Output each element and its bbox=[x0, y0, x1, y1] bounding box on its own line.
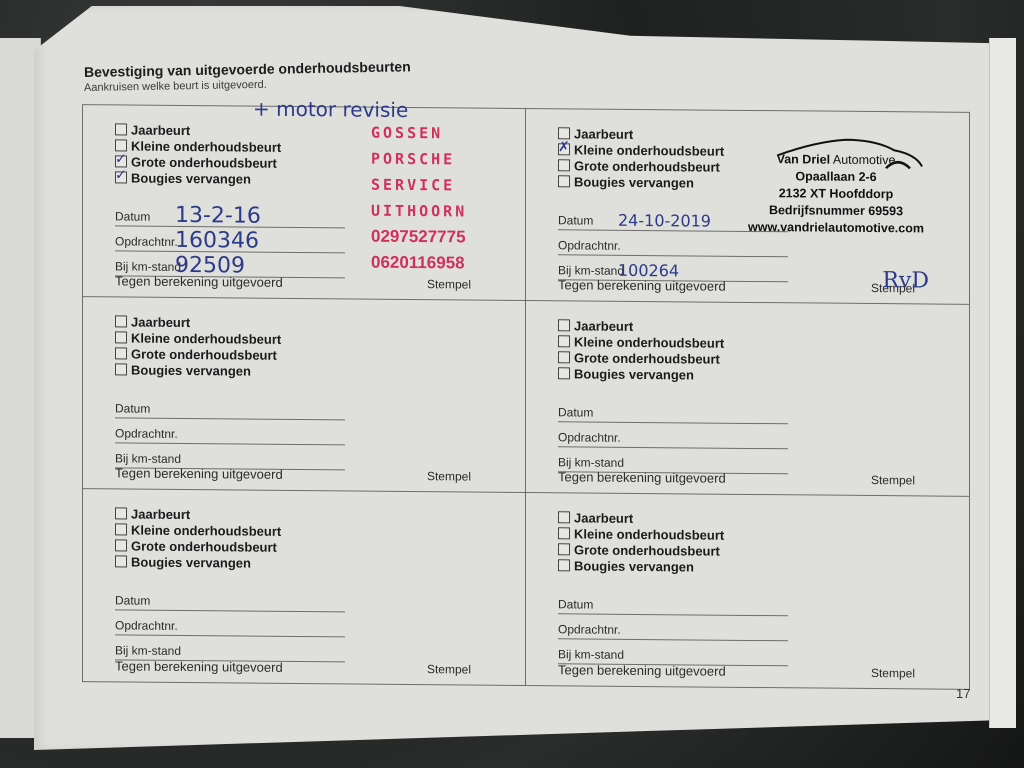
stamp-brand: Van Driel Automotive bbox=[736, 151, 936, 170]
service-option-label: Grote onderhoudsbeurt bbox=[574, 158, 720, 174]
checkbox[interactable] bbox=[115, 363, 127, 375]
checkbox[interactable] bbox=[115, 139, 127, 151]
stamp-label: Stempel bbox=[871, 473, 915, 487]
entry-fields: DatumOpdrachtnr.Bij km-stand bbox=[558, 397, 788, 474]
datum-field[interactable]: Datum bbox=[115, 585, 345, 612]
service-option-label: Kleine onderhoudsbeurt bbox=[131, 138, 281, 154]
check-mark-icon: ✓ bbox=[115, 151, 127, 167]
km-stand-field-label: Bij km-stand bbox=[558, 263, 624, 278]
service-entry: JaarbeurtKleine onderhoudsbeurtGrote ond… bbox=[526, 493, 969, 689]
service-option-label: Bougies vervangen bbox=[131, 170, 251, 186]
service-option[interactable]: Jaarbeurt bbox=[558, 509, 724, 526]
datum-field[interactable]: Datum bbox=[115, 393, 345, 420]
signature: RvD bbox=[882, 268, 929, 293]
entry-fields: Datum13-2-16Opdrachtnr.160346Bij km-stan… bbox=[115, 201, 345, 278]
checkbox[interactable] bbox=[558, 127, 570, 139]
service-option[interactable]: Kleine onderhoudsbeurt bbox=[115, 521, 281, 538]
service-option[interactable]: Jaarbeurt bbox=[115, 121, 281, 138]
checkbox[interactable] bbox=[558, 335, 570, 347]
opdrachtnr-field-value: 160346 bbox=[175, 228, 259, 254]
opdrachtnr-field[interactable]: Opdrachtnr. bbox=[558, 422, 788, 449]
opdrachtnr-field-label: Opdrachtnr. bbox=[558, 430, 621, 445]
km-stand-field-label: Bij km-stand bbox=[115, 451, 181, 466]
checkbox[interactable] bbox=[115, 523, 127, 535]
checkbox[interactable] bbox=[558, 511, 570, 523]
service-option-label: Bougies vervangen bbox=[574, 174, 694, 190]
stamp-brand-bold: Van Driel bbox=[777, 152, 831, 166]
service-option-label: Bougies vervangen bbox=[574, 366, 694, 382]
service-option-label: Grote onderhoudsbeurt bbox=[131, 346, 277, 362]
datum-field-label: Datum bbox=[558, 597, 593, 611]
checkbox[interactable]: ✓ bbox=[115, 155, 127, 167]
service-option-label: Grote onderhoudsbeurt bbox=[574, 542, 720, 558]
service-option-label: Jaarbeurt bbox=[131, 506, 190, 522]
service-option[interactable]: ✓Bougies vervangen bbox=[115, 169, 281, 186]
opdrachtnr-field[interactable]: Opdrachtnr.160346 bbox=[115, 226, 345, 253]
service-option-label: Jaarbeurt bbox=[131, 314, 190, 330]
service-option[interactable]: Bougies vervangen bbox=[558, 365, 724, 382]
stamp-line: UITHOORN bbox=[371, 198, 467, 225]
page-number: 17 bbox=[956, 686, 970, 701]
service-option[interactable]: Grote onderhoudsbeurt bbox=[558, 349, 724, 366]
service-option-label: Jaarbeurt bbox=[574, 126, 633, 142]
stamp-line: Opaallaan 2-6 bbox=[736, 168, 936, 187]
stamp-label: Stempel bbox=[427, 277, 471, 291]
cost-label: Tegen berekening uitgevoerd bbox=[558, 662, 726, 678]
service-type-checklist: JaarbeurtKleine onderhoudsbeurtGrote ond… bbox=[558, 509, 724, 574]
stamp-brand-rest: Automotive bbox=[830, 153, 895, 168]
checkbox[interactable] bbox=[115, 539, 127, 551]
dealer-stamp: GOSSENPORSCHESERVICEUITHOORN029752777506… bbox=[371, 120, 467, 277]
service-option[interactable]: Kleine onderhoudsbeurt bbox=[115, 137, 281, 154]
service-option-label: Jaarbeurt bbox=[574, 318, 633, 334]
km-stand-field-label: Bij km-stand bbox=[115, 259, 181, 274]
service-option-label: Kleine onderhoudsbeurt bbox=[131, 522, 281, 538]
service-option-label: Grote onderhoudsbeurt bbox=[131, 538, 277, 554]
datum-field-label: Datum bbox=[115, 593, 150, 607]
handwritten-note: + motor revisie bbox=[253, 97, 408, 122]
service-record-grid: JaarbeurtKleine onderhoudsbeurt✓Grote on… bbox=[82, 104, 970, 690]
checkbox[interactable] bbox=[115, 347, 127, 359]
checkbox[interactable] bbox=[558, 527, 570, 539]
stamp-label: Stempel bbox=[427, 662, 471, 676]
datum-field[interactable]: Datum13-2-16 bbox=[115, 201, 345, 228]
service-entry: JaarbeurtKleine onderhoudsbeurtGrote ond… bbox=[83, 297, 526, 493]
service-option-label: Kleine onderhoudsbeurt bbox=[131, 330, 281, 346]
cost-label: Tegen berekening uitgevoerd bbox=[115, 658, 283, 674]
service-option-label: Bougies vervangen bbox=[131, 554, 251, 570]
datum-field[interactable]: Datum bbox=[558, 589, 788, 616]
service-option[interactable]: Jaarbeurt bbox=[558, 317, 724, 334]
service-option-label: Grote onderhoudsbeurt bbox=[574, 350, 720, 366]
service-option-label: Bougies vervangen bbox=[131, 362, 251, 378]
datum-field-label: Datum bbox=[115, 209, 150, 223]
stamp-phone: 0297527775 bbox=[371, 224, 467, 251]
service-option[interactable]: Grote onderhoudsbeurt bbox=[558, 157, 724, 174]
entry-fields: DatumOpdrachtnr.Bij km-stand bbox=[115, 585, 345, 662]
service-entry: Jaarbeurt✗Kleine onderhoudsbeurtGrote on… bbox=[526, 109, 969, 305]
opdrachtnr-field[interactable]: Opdrachtnr. bbox=[115, 610, 345, 637]
service-type-checklist: JaarbeurtKleine onderhoudsbeurtGrote ond… bbox=[558, 317, 724, 382]
service-entry: JaarbeurtKleine onderhoudsbeurtGrote ond… bbox=[526, 301, 969, 497]
check-mark-icon: ✓ bbox=[115, 167, 127, 183]
stamp-label: Stempel bbox=[871, 666, 915, 680]
opdrachtnr-field-label: Opdrachtnr. bbox=[115, 618, 178, 633]
cross-mark-icon: ✗ bbox=[558, 139, 570, 155]
service-option[interactable]: Bougies vervangen bbox=[558, 557, 724, 574]
checkbox[interactable] bbox=[558, 351, 570, 363]
stamp-line: SERVICE bbox=[371, 172, 467, 199]
stamp-phone: 0620116958 bbox=[371, 250, 467, 277]
stamp-line: GOSSEN bbox=[371, 120, 467, 147]
service-option[interactable]: Bougies vervangen bbox=[115, 361, 281, 378]
checkbox[interactable] bbox=[558, 367, 570, 379]
checkbox[interactable] bbox=[558, 159, 570, 171]
service-option[interactable]: ✓Grote onderhoudsbeurt bbox=[115, 153, 281, 170]
checkbox[interactable] bbox=[558, 319, 570, 331]
cost-label: Tegen berekening uitgevoerd bbox=[558, 277, 726, 293]
service-option[interactable]: Bougies vervangen bbox=[115, 553, 281, 570]
opdrachtnr-field-label: Opdrachtnr. bbox=[115, 234, 178, 249]
stamp-label: Stempel bbox=[427, 469, 471, 483]
service-type-checklist: JaarbeurtKleine onderhoudsbeurtGrote ond… bbox=[115, 313, 281, 378]
service-option[interactable]: Bougies vervangen bbox=[558, 173, 724, 190]
opdrachtnr-field-label: Opdrachtnr. bbox=[558, 622, 621, 637]
page-stack-edge bbox=[989, 38, 1016, 728]
service-entry: JaarbeurtKleine onderhoudsbeurt✓Grote on… bbox=[83, 105, 526, 301]
km-stand-field-label: Bij km-stand bbox=[558, 647, 624, 662]
datum-field-value: 24-10-2019 bbox=[618, 211, 711, 231]
checkbox[interactable] bbox=[558, 559, 570, 571]
entry-fields: DatumOpdrachtnr.Bij km-stand bbox=[115, 393, 345, 470]
checkbox[interactable] bbox=[115, 331, 127, 343]
opdrachtnr-field[interactable]: Opdrachtnr. bbox=[115, 418, 345, 445]
garage-stamp: Van Driel AutomotiveOpaallaan 2-62132 XT… bbox=[736, 151, 936, 238]
service-type-checklist: JaarbeurtKleine onderhoudsbeurt✓Grote on… bbox=[115, 121, 281, 186]
datum-field-label: Datum bbox=[558, 213, 593, 227]
service-option-label: Kleine onderhoudsbeurt bbox=[574, 526, 724, 542]
checkbox[interactable] bbox=[115, 123, 127, 135]
entry-fields: DatumOpdrachtnr.Bij km-stand bbox=[558, 589, 788, 666]
checkbox[interactable] bbox=[558, 175, 570, 187]
checkbox[interactable] bbox=[115, 315, 127, 327]
service-option[interactable]: Grote onderhoudsbeurt bbox=[115, 537, 281, 554]
checkbox[interactable]: ✗ bbox=[558, 143, 570, 155]
km-stand-field-label: Bij km-stand bbox=[115, 643, 181, 658]
service-option[interactable]: Jaarbeurt bbox=[558, 125, 724, 142]
datum-field-label: Datum bbox=[558, 405, 593, 419]
service-option[interactable]: Grote onderhoudsbeurt bbox=[115, 345, 281, 362]
cost-label: Tegen berekening uitgevoerd bbox=[115, 273, 283, 289]
checkbox[interactable]: ✓ bbox=[115, 171, 127, 183]
service-option-label: Bougies vervangen bbox=[574, 558, 694, 574]
service-option[interactable]: Jaarbeurt bbox=[115, 313, 281, 330]
km-stand-field-label: Bij km-stand bbox=[558, 455, 624, 470]
checkbox[interactable] bbox=[115, 555, 127, 567]
checkbox[interactable] bbox=[115, 507, 127, 519]
datum-field[interactable]: Datum bbox=[558, 397, 788, 424]
service-option[interactable]: Jaarbeurt bbox=[115, 505, 281, 522]
service-option[interactable]: Grote onderhoudsbeurt bbox=[558, 541, 724, 558]
service-type-checklist: Jaarbeurt✗Kleine onderhoudsbeurtGrote on… bbox=[558, 125, 724, 190]
stamp-line: PORSCHE bbox=[371, 146, 467, 173]
stamp-line: www.vandrielautomotive.com bbox=[736, 219, 936, 238]
datum-field-value: 13-2-16 bbox=[175, 203, 261, 229]
service-type-checklist: JaarbeurtKleine onderhoudsbeurtGrote ond… bbox=[115, 505, 281, 570]
checkbox[interactable] bbox=[558, 543, 570, 555]
opdrachtnr-field[interactable]: Opdrachtnr. bbox=[558, 614, 788, 641]
cost-label: Tegen berekening uitgevoerd bbox=[558, 469, 726, 485]
service-option-label: Jaarbeurt bbox=[131, 122, 190, 138]
opdrachtnr-field-label: Opdrachtnr. bbox=[115, 426, 178, 441]
cost-label: Tegen berekening uitgevoerd bbox=[115, 465, 283, 481]
service-option-label: Grote onderhoudsbeurt bbox=[131, 154, 277, 170]
opdrachtnr-field-label: Opdrachtnr. bbox=[558, 238, 621, 253]
service-option-label: Kleine onderhoudsbeurt bbox=[574, 334, 724, 350]
stamp-line: 2132 XT Hoofddorp bbox=[736, 185, 936, 204]
service-option[interactable]: Kleine onderhoudsbeurt bbox=[558, 333, 724, 350]
service-entry: JaarbeurtKleine onderhoudsbeurtGrote ond… bbox=[83, 489, 526, 685]
service-option-label: Kleine onderhoudsbeurt bbox=[574, 142, 724, 158]
service-option[interactable]: Kleine onderhoudsbeurt bbox=[115, 329, 281, 346]
service-option[interactable]: ✗Kleine onderhoudsbeurt bbox=[558, 141, 724, 158]
datum-field-label: Datum bbox=[115, 401, 150, 415]
service-option-label: Jaarbeurt bbox=[574, 510, 633, 526]
stamp-line: Bedrijfsnummer 69593 bbox=[736, 202, 936, 221]
service-option[interactable]: Kleine onderhoudsbeurt bbox=[558, 525, 724, 542]
